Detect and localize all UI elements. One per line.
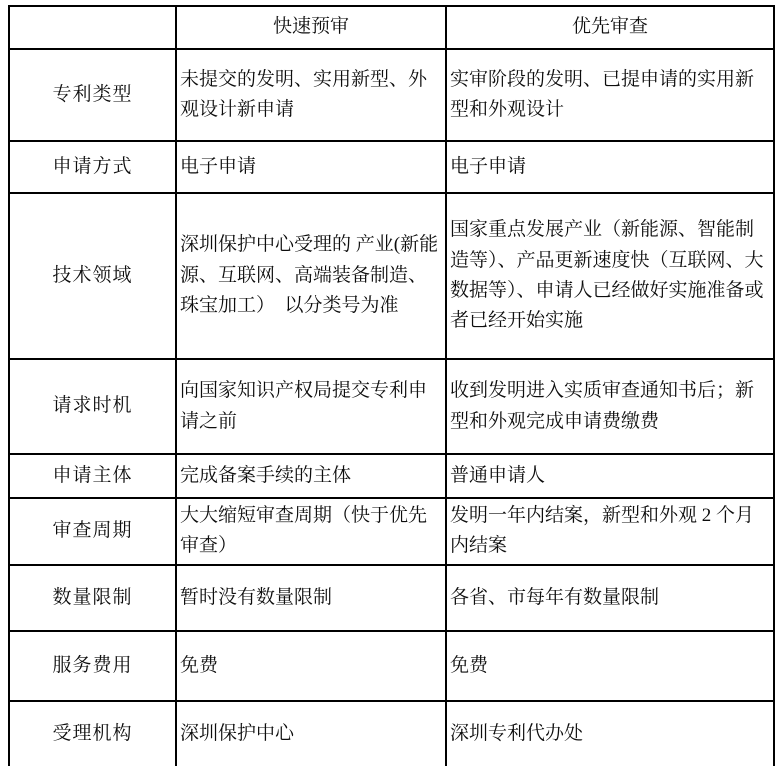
priority-examination-column-header: 优先审查: [446, 6, 774, 49]
table-row: 专利类型未提交的发明、实用新型、外观设计新申请实审阶段的发明、已提申请的实用新型…: [9, 49, 774, 141]
table-row: 服务费用免费免费: [9, 631, 774, 701]
fast-preview-cell: 电子申请: [176, 141, 446, 193]
priority-examination-cell: 电子申请: [446, 141, 774, 193]
row-label: 审查周期: [9, 498, 176, 565]
corner-cell: [9, 6, 176, 49]
row-label: 数量限制: [9, 565, 176, 631]
fast-preview-cell: 向国家知识产权局提交专利申请之前: [176, 359, 446, 454]
table-row: 受理机构深圳保护中心深圳专利代办处: [9, 701, 774, 766]
fast-preview-cell: 暂时没有数量限制: [176, 565, 446, 631]
priority-examination-cell: 发明一年内结案，新型和外观 2 个月内结案: [446, 498, 774, 565]
priority-examination-cell: 实审阶段的发明、已提申请的实用新型和外观设计: [446, 49, 774, 141]
row-label: 服务费用: [9, 631, 176, 701]
priority-examination-cell: 国家重点发展产业（新能源、智能制造等）、产品更新速度快（互联网、大数据等）、申请…: [446, 193, 774, 359]
fast-preview-cell: 大大缩短审查周期（快于优先审查）: [176, 498, 446, 565]
table-body: 专利类型未提交的发明、实用新型、外观设计新申请实审阶段的发明、已提申请的实用新型…: [9, 49, 774, 766]
table-row: 请求时机向国家知识产权局提交专利申请之前收到发明进入实质审查通知书后；新型和外观…: [9, 359, 774, 454]
table-row: 申请方式电子申请电子申请: [9, 141, 774, 193]
fast-preview-cell: 完成备案手续的主体: [176, 454, 446, 498]
priority-examination-cell: 收到发明进入实质审查通知书后；新型和外观完成申请费缴费: [446, 359, 774, 454]
fast-preview-column-header: 快速预审: [176, 6, 446, 49]
row-label: 技术领域: [9, 193, 176, 359]
priority-examination-cell: 普通申请人: [446, 454, 774, 498]
priority-examination-cell: 免费: [446, 631, 774, 701]
row-label: 受理机构: [9, 701, 176, 766]
fast-preview-cell: 未提交的发明、实用新型、外观设计新申请: [176, 49, 446, 141]
priority-examination-cell: 各省、市每年有数量限制: [446, 565, 774, 631]
table-row: 审查周期大大缩短审查周期（快于优先审查）发明一年内结案，新型和外观 2 个月内结…: [9, 498, 774, 565]
table-row: 申请主体完成备案手续的主体普通申请人: [9, 454, 774, 498]
priority-examination-cell: 深圳专利代办处: [446, 701, 774, 766]
patent-review-comparison-table: 快速预审 优先审查 专利类型未提交的发明、实用新型、外观设计新申请实审阶段的发明…: [8, 5, 775, 766]
row-label: 专利类型: [9, 49, 176, 141]
row-label: 申请主体: [9, 454, 176, 498]
row-label: 申请方式: [9, 141, 176, 193]
row-label: 请求时机: [9, 359, 176, 454]
table-row: 技术领域深圳保护中心受理的 产业(新能源、互联网、高端装备制造、珠宝加工） 以分…: [9, 193, 774, 359]
header-row: 快速预审 优先审查: [9, 6, 774, 49]
table-row: 数量限制暂时没有数量限制各省、市每年有数量限制: [9, 565, 774, 631]
fast-preview-cell: 免费: [176, 631, 446, 701]
document-page: 快速预审 优先审查 专利类型未提交的发明、实用新型、外观设计新申请实审阶段的发明…: [0, 0, 775, 766]
fast-preview-cell: 深圳保护中心受理的 产业(新能源、互联网、高端装备制造、珠宝加工） 以分类号为准: [176, 193, 446, 359]
fast-preview-cell: 深圳保护中心: [176, 701, 446, 766]
